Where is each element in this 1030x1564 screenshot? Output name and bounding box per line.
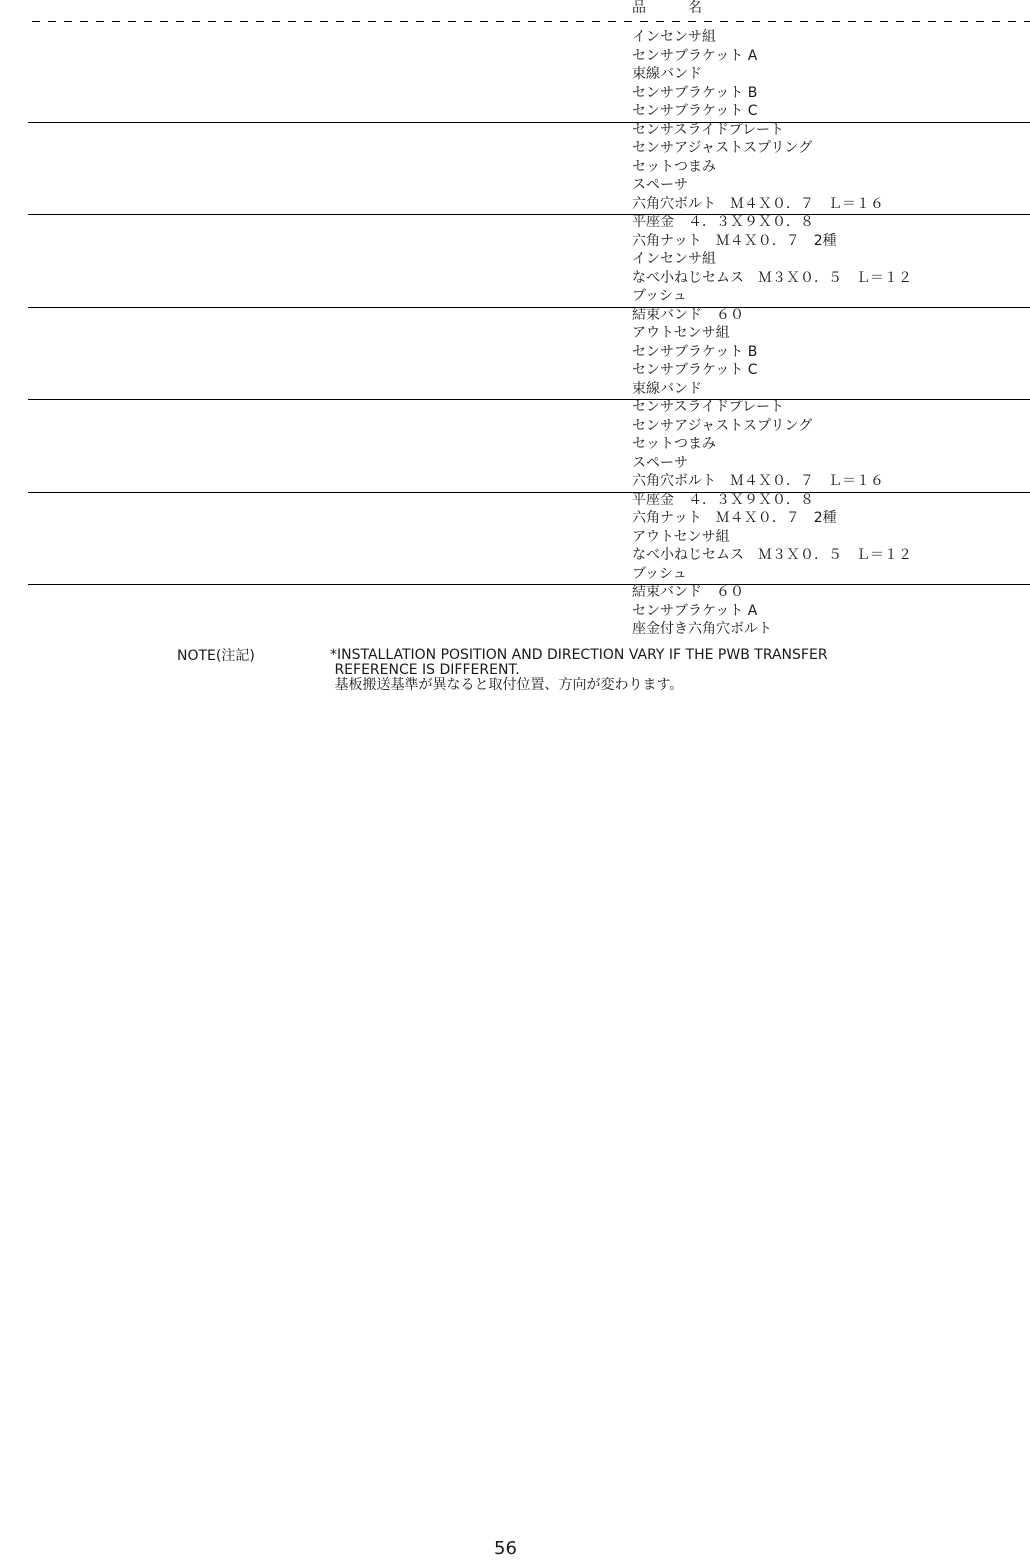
part-item: セットつまみ (632, 158, 912, 177)
note-line: 基板搬送基準が異なると取付位置、方向が変わります。 (330, 678, 828, 693)
part-item: アウトセンサ組 (632, 324, 912, 343)
part-item: スペーサ (632, 176, 912, 195)
part-item: センサブラケット A (632, 47, 912, 66)
part-item: 六角穴ボルト Ｍ４Ｘ０．７ Ｌ＝１６ (632, 195, 912, 214)
page-number: 56 (494, 1538, 517, 1559)
part-item: センサアジャストスプリング (632, 417, 912, 436)
note-line: *INSTALLATION POSITION AND DIRECTION VAR… (330, 648, 828, 663)
part-item: センサブラケット C (632, 102, 912, 121)
part-item: ブッシュ (632, 287, 912, 306)
part-item: センサブラケット B (632, 343, 912, 362)
note-label: NOTE(注記) (177, 648, 255, 664)
part-item: 結束バンド ６０ (632, 583, 912, 602)
part-item: インセンサ組 (632, 28, 912, 47)
part-item: 束線バンド (632, 380, 912, 399)
part-item: センサスライドプレート (632, 121, 912, 140)
part-item: 結束バンド ６０ (632, 306, 912, 325)
part-item: センサブラケット B (632, 84, 912, 103)
part-item: 平座金 ４．３Ｘ９Ｘ０．８ (632, 491, 912, 510)
part-item: センサアジャストスプリング (632, 139, 912, 158)
part-item: なべ小ねじセムス Ｍ３Ｘ０．５ Ｌ＝１２ (632, 546, 912, 565)
part-item: アウトセンサ組 (632, 528, 912, 547)
part-item: 平座金 ４．３Ｘ９Ｘ０．８ (632, 213, 912, 232)
part-item: インセンサ組 (632, 250, 912, 269)
part-item: センサブラケット A (632, 602, 912, 621)
part-item: センサスライドプレート (632, 398, 912, 417)
part-item: 束線バンド (632, 65, 912, 84)
part-item: 六角穴ボルト Ｍ４Ｘ０．７ Ｌ＝１６ (632, 472, 912, 491)
dashed-divider (32, 21, 1030, 22)
part-item: 座金付き六角穴ボルト (632, 620, 912, 639)
part-item: スペーサ (632, 454, 912, 473)
part-item: 六角ナット Ｍ４Ｘ０．７ 2種 (632, 509, 912, 528)
column-header-part-name: 品 名 (632, 0, 716, 16)
part-item: ブッシュ (632, 565, 912, 584)
part-item: なべ小ねじセムス Ｍ３Ｘ０．５ Ｌ＝１２ (632, 269, 912, 288)
part-item: セットつまみ (632, 435, 912, 454)
note-line: REFERENCE IS DIFFERENT. (330, 663, 828, 678)
part-item: センサブラケット C (632, 361, 912, 380)
parts-list: インセンサ組 センサブラケット A 束線バンド センサブラケット B センサブラ… (632, 28, 912, 639)
part-item: 六角ナット Ｍ４Ｘ０．７ 2種 (632, 232, 912, 251)
note-text: *INSTALLATION POSITION AND DIRECTION VAR… (330, 648, 828, 693)
